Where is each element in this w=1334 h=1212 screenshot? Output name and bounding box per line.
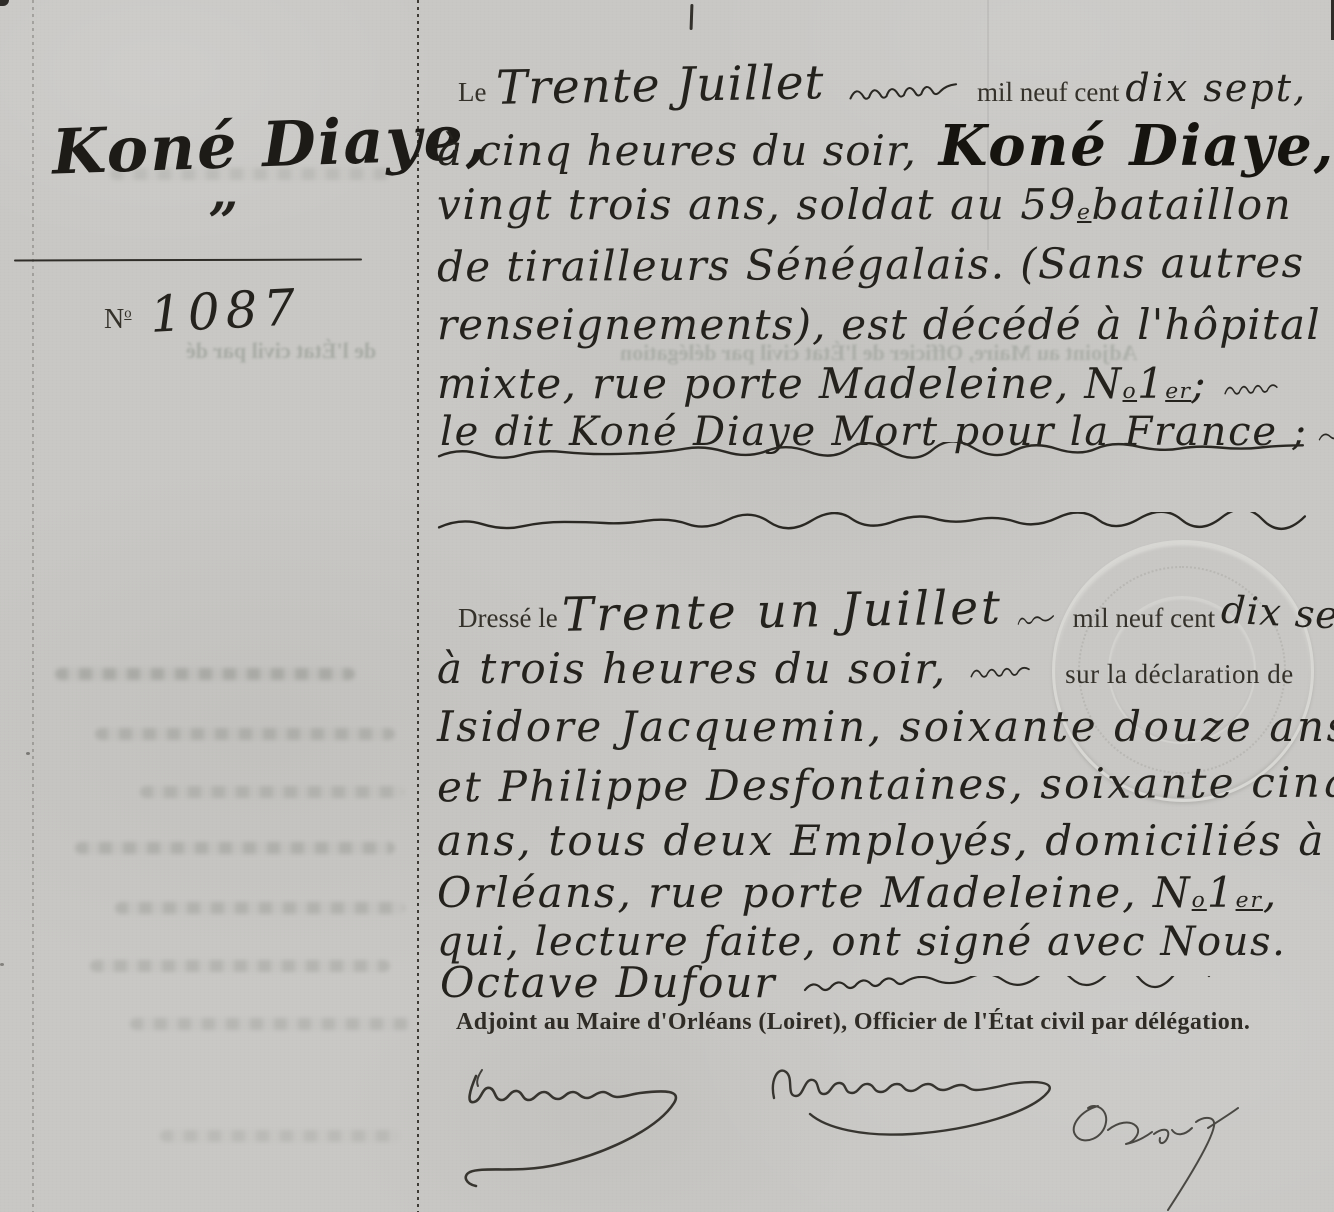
printed-le: Le [458,79,486,106]
margin-divider-dotted-line [417,0,419,1212]
printed-officiant-title: Adjoint au Maire d'Orléans (Loiret), Off… [456,1010,1250,1034]
closing-line-witness2: et Philippe Desfontaines, soixante cinq [437,762,1334,809]
hw-year: dix sept, [1125,69,1307,107]
bleedthrough-handwriting [55,668,355,680]
bleedthrough-handwriting [75,842,395,854]
closing-line-address: Orléans, rue porte Madeleine, No 1er , [437,872,1278,914]
filler-squiggle [1223,379,1293,399]
closing-line-date: Dressé le Trente un Juillet mil neuf cen… [458,588,1334,635]
act-line-time-name: à cinq heures du soir, Koné Diaye, [437,118,1334,174]
ink-speck [26,752,30,755]
signature-jacquemin [452,1046,782,1204]
hw-death-time: à cinq heures du soir, [437,130,917,172]
hw-year: dix sept, [1220,591,1334,638]
act-number: No 1087 [104,282,301,340]
signature-odufour [1046,1072,1244,1212]
hw-deceased-name: Koné Diaye, [939,118,1334,174]
closing-line-witness1: Isidore Jacquemin, soixante douze ans [437,706,1334,748]
printed-mil-neuf-cent: mil neuf cent [1073,605,1215,632]
printed-mil-neuf-cent: mil neuf cent [977,79,1119,106]
filler-squiggle [847,81,963,105]
bleedthrough-handwriting [95,728,395,740]
act-number-value: 1087 [148,278,302,344]
hw-death-date: Trente Juillet [496,59,825,112]
hw-officiant-name: Octave Dufour [440,962,777,1004]
act-line-deces-hopital: renseignements), est décédé à l'hôpital [437,304,1321,346]
margin-ditto-mark: ” [208,192,238,253]
closing-line-lecture-faite: qui, lecture faite, ont signé avec Nous. [437,922,1286,962]
filler-squiggle [969,662,1045,682]
printed-dresse-le: Dressé le [458,605,558,632]
margin-deceased-name: Koné Diaye, [51,100,490,188]
closing-line-professions: ans, tous deux Employés, domiciliés à [437,820,1326,862]
ink-speck [0,963,4,966]
wavy-fill-line [437,512,1330,534]
bleedthrough-handwriting [160,1130,400,1142]
hw-record-date: Trente un Juillet [561,584,1003,639]
act-number-label: No [104,304,132,336]
corner-speck [0,0,9,6]
death-certificate-scan: de l'État civil par dé Adjoint au Maire,… [0,0,1334,1212]
act-line-address: mixte, rue porte Madeleine, No 1er ; [437,363,1293,405]
filler-squiggle-long [803,976,1253,996]
wavy-fill-line [437,442,1330,464]
closing-line-officiant: Octave Dufour [440,962,1253,1004]
bleedthrough-handwriting [140,786,405,798]
bleedthrough-handwriting [115,902,405,914]
bleedthrough-handwriting [130,1018,410,1030]
act-line-regiment: de tirailleurs Sénégalais. (Sans autres [437,242,1305,289]
signature-desfontaines [760,1040,1090,1148]
hw-record-time: à trois heures du soir, [437,648,947,690]
top-edge-mark [690,4,694,30]
margin-horizontal-rule [14,259,362,262]
printed-sur-la-declaration: sur la déclaration de [1065,661,1294,688]
bleedthrough-printed-text-left: de l'État civil par dé [186,338,376,364]
filler-squiggle [1017,611,1057,629]
bleedthrough-handwriting [90,960,390,972]
left-fold-dotted-line [32,0,34,1212]
act-line-date: Le Trente Juillet mil neuf cent dix sept… [458,62,1307,109]
closing-line-time-declaration: à trois heures du soir, sur la déclarati… [437,648,1294,690]
act-line-age-unit: vingt trois ans, soldat au 59e bataillon [437,184,1292,226]
